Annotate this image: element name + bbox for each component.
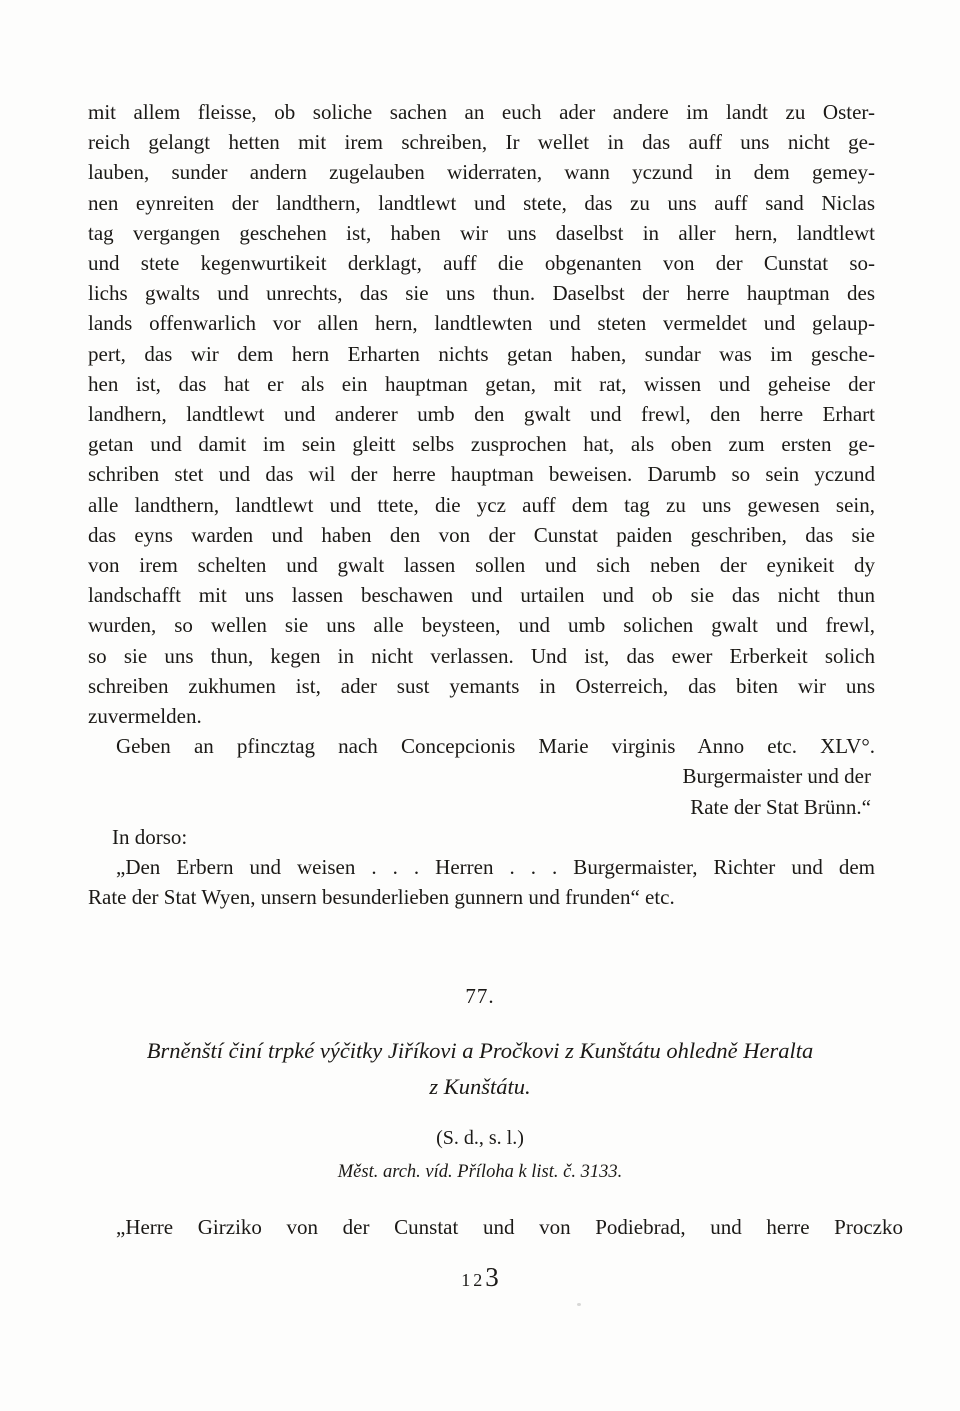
- letter-body-line: schreiben zukhumen ist, ader sust yemant…: [88, 671, 875, 701]
- letter-body-line: hen ist, das hat er als ein hauptman get…: [88, 369, 875, 399]
- scanned-book-page: mit allem fleisse, ob soliche sachen an …: [0, 0, 960, 1411]
- letter-body-line: pert, das wir dem hern Erharten nichts g…: [88, 339, 875, 369]
- letter-body-line: mit allem fleisse, ob soliche sachen an …: [88, 97, 875, 127]
- entry-title: Brněnští činí trpké výčitky Jiříkovi a P…: [80, 1033, 880, 1105]
- letter-body-line: von irem schelten und gwalt lassen solle…: [88, 550, 875, 580]
- letter-body-line: schriben stet und das wil der herre haup…: [88, 459, 875, 489]
- source-note: Měst. arch. víd. Příloha k list. č. 3133…: [0, 1162, 960, 1183]
- letter-body-line: landschafft mit uns lassen beschawen und…: [88, 580, 875, 610]
- in-dorso-label: In dorso:: [88, 822, 875, 852]
- letter-body-line: und stete kegenwurtikeit derklagt, auff …: [88, 248, 875, 278]
- letter-body-last-line: zuvermelden.: [88, 701, 875, 731]
- letter-body-line: getan und damit im sein gleitt selbs zus…: [88, 429, 875, 459]
- address-line-1: „Den Erbern und weisen . . . Herren . . …: [88, 852, 875, 882]
- letter-body-line: wurden, so wellen sie uns alle beysteen,…: [88, 610, 875, 640]
- scan-speck: [577, 1303, 581, 1306]
- letter-text-block: mit allem fleisse, ob soliche sachen an …: [88, 97, 875, 912]
- letter-body-line: lichs gwalts und unrechts, das sie uns t…: [88, 278, 875, 308]
- letter-body-lines: mit allem fleisse, ob soliche sachen an …: [88, 97, 875, 701]
- dating-note: (S. d., s. l.): [0, 1127, 960, 1150]
- letter-body-line: nen eynreiten der landthern, landtlewt u…: [88, 188, 875, 218]
- page-number-first-digits: 12: [461, 1270, 485, 1290]
- address-line-2: Rate der Stat Wyen, unsern besunderliebe…: [88, 882, 875, 912]
- page-number: 123: [0, 1262, 960, 1293]
- letter-body-line: reich gelangt hetten mit irem schreiben,…: [88, 127, 875, 157]
- entry-opening-line: „Herre Girziko von der Cunstat und von P…: [88, 1212, 903, 1242]
- entry-title-line-2: z Kunštátu.: [80, 1069, 880, 1105]
- letter-body-line: das eyns warden und haben den von der Cu…: [88, 520, 875, 550]
- entry-title-line-1: Brněnští činí trpké výčitky Jiříkovi a P…: [80, 1033, 880, 1069]
- signature-line-2: Rate der Stat Brünn.“: [88, 792, 875, 822]
- signature-line-1: Burgermaister und der: [88, 761, 875, 791]
- page-number-last-digit: 3: [485, 1262, 499, 1292]
- letter-body-line: landhern, landtlewt und anderer umb den …: [88, 399, 875, 429]
- letter-body-line: so sie uns thun, kegen in nicht verlasse…: [88, 641, 875, 671]
- letter-body-line: lands offenwarlich vor allen hern, landt…: [88, 308, 875, 338]
- letter-body-line: lauben, sunder andern zugelauben widerra…: [88, 157, 875, 187]
- letter-body-line: tag vergangen geschehen ist, haben wir u…: [88, 218, 875, 248]
- letter-dateline: Geben an pfincztag nach Concepcionis Mar…: [88, 731, 875, 761]
- entry-number: 77.: [0, 984, 960, 1009]
- letter-body-line: alle landthern, landtlewt und ttete, die…: [88, 490, 875, 520]
